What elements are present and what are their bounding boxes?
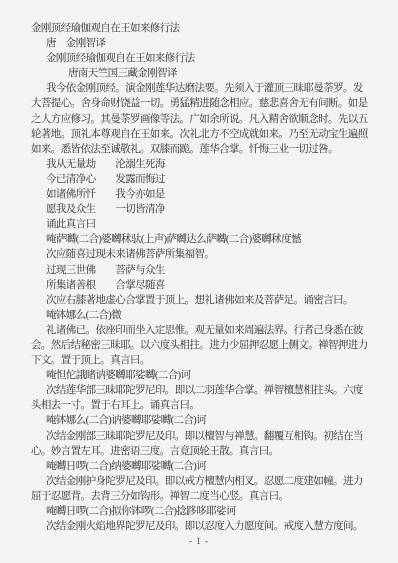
- text-line-verse: 所集诸善根 合掌尽随喜: [31, 278, 370, 293]
- text-line-body: 会。然后结秘密三昧耶。以六度头相拄。进力少屈押忍愿上侧文。禅智押进力: [31, 338, 370, 353]
- text-line-body: 次结金刚护身陀罗尼及印。即以戒方檀慧内相叉。忍愿二度建如幢。进力: [31, 474, 370, 489]
- text-line-body: 心。妙言置左耳。进密语三度。言竟顶轮王散。真言曰。: [31, 444, 370, 459]
- text-line-title: 金刚顶经瑜伽观自在王如来修行法: [31, 51, 370, 66]
- text-line-mantra: 唵嚩日啰(二合)拟你钵啰(二合)捻跢哆耶娑诃: [31, 504, 370, 519]
- text-line-mantra: 唵萨嚩(二合)婆嚩秫驮(上声)萨嚩达么萨嚩(二合)婆嚩秫度憾: [31, 232, 370, 247]
- text-line-title: 金刚顶经瑜伽观自在王如来修行法: [31, 21, 370, 36]
- text-line-mantra: 唵钵娜么(二合)微: [31, 308, 370, 323]
- text-line-body: 次结金刚火焰地界陀罗尼及印。即以忍度入力愿度间。戒度入慧方度间。: [31, 519, 370, 534]
- text-line-mantra: 唵怛佗誐睹讷婆嚩耶娑嚩(二合)诃: [31, 368, 370, 383]
- text-line-body: 下文。置于顶上。真言曰。: [31, 353, 370, 368]
- text-line-body: 诵此真言曰: [31, 217, 370, 232]
- text-line-body: 轮著地。顶礼本尊观自在王如来。次礼北方不空成就如来。乃至无动宝生遍照: [31, 127, 370, 142]
- text-line-byline: 唐 金刚智译: [31, 36, 370, 51]
- text-line-body: 次应右膝著地虚心合掌置于顶上。想礼诸佛如来及菩萨足。诵密言曰。: [31, 293, 370, 308]
- text-line-mantra: 唵嚩日啰(二合)纳婆嚩耶娑嚩(二合)诃: [31, 459, 370, 474]
- scripture-text: 金刚顶经瑜伽观自在王如来修行法唐 金刚智译金刚顶经瑜伽观自在王如来修行法唐南天竺…: [31, 21, 370, 534]
- text-line-verse: 愿我及众生 一切皆清净: [31, 202, 370, 217]
- text-line-body: 次应随喜过现未来诸佛菩萨所集福智。: [31, 247, 370, 262]
- text-line-body: 我今依金刚顶经。演金刚莲华达磨法要。先须入于灌顶三昧耶曼荼罗。发: [31, 81, 370, 96]
- text-line-mantra: 唵钵娜么(二合)讷婆嚩耶娑嚩(二合)诃: [31, 413, 370, 428]
- text-line-byline: 唐南天竺国三藏金刚智译: [31, 66, 370, 81]
- text-line-verse: 如诸佛所忏 我今亦如是: [31, 187, 370, 202]
- text-line-body: 头相去一寸。置于右耳上。诵真言曰。: [31, 398, 370, 413]
- text-line-verse: 我从无量劫 沦溺生死海: [31, 157, 370, 172]
- text-line-body: 次结莲华部三昧耶陀罗尼印。即以二羽莲华合掌。禅智檀慧相拄头。六度: [31, 383, 370, 398]
- text-line-body: 礼诸佛已。依座印而坐入定思惟。观无量如来周遍法界。行者己身悉在彼: [31, 323, 370, 338]
- text-line-body: 如来。悉皆依法至诚敬礼。双膝而跪。莲华合掌。忏悔三业一切过咎。: [31, 142, 370, 157]
- page-number: - 1 -: [0, 536, 398, 546]
- text-line-body: 大菩提心。舍身命财饶益一切。勇猛精进随念相应。慈悲喜舍无有间断。如是: [31, 96, 370, 111]
- text-line-body: 屈于忍愿背。去背三分如钩形。禅智二度当心竖。真言曰。: [31, 489, 370, 504]
- text-line-body: 之人方应修习。其曼荼罗画像等法。广如余所说。凡入精舍欲顺念时。先以五: [31, 112, 370, 127]
- text-line-body: 次结金刚部三昧耶陀罗尼及印。即以檀智与禅慧。翻覆互相钩。初结在当: [31, 429, 370, 444]
- text-line-verse: 今已清净心 发露而悔过: [31, 172, 370, 187]
- scripture-page: 金刚顶经瑜伽观自在王如来修行法唐 金刚智译金刚顶经瑜伽观自在王如来修行法唐南天竺…: [0, 0, 398, 563]
- text-line-verse: 过现三世佛 菩萨与众生: [31, 263, 370, 278]
